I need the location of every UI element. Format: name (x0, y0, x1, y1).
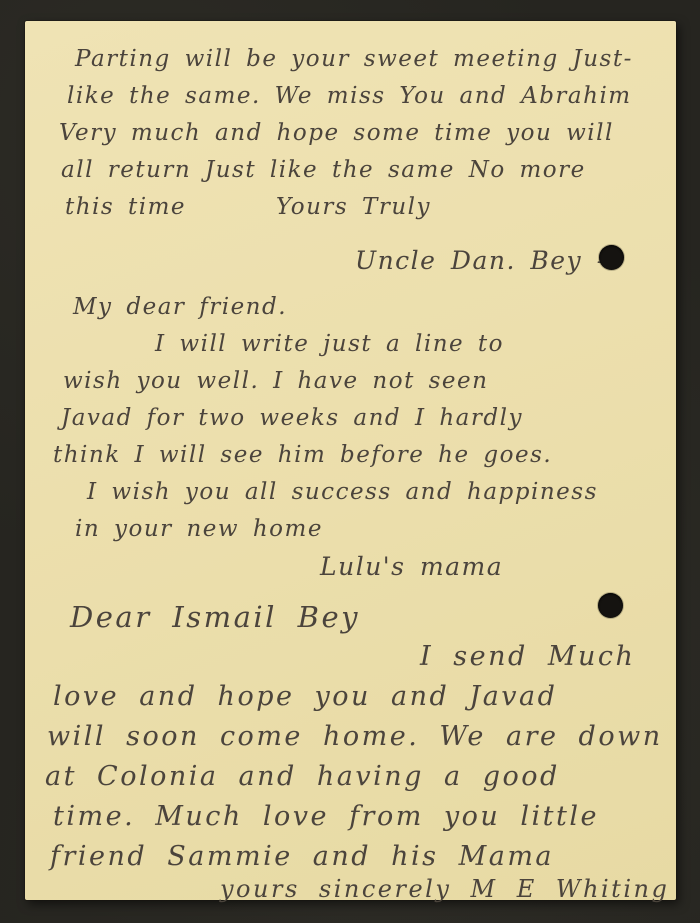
whiting-signature: yours sincerely M E Whiting (220, 869, 668, 909)
sammie-note: Dear Ismail Bey I send Much love and hop… (25, 597, 668, 909)
letter-line: all return Just like the same No more (61, 152, 668, 189)
letter-line: will soon come home. We are down (47, 717, 668, 757)
letter-line: like the same. We miss You and Abrahim (67, 78, 668, 115)
letter-line: time. Much love from you little (53, 797, 668, 837)
salutation: Dear Ismail Bey (70, 597, 668, 637)
closing-left-text: this time (65, 194, 186, 220)
letter-closing-line: this timeYours Truly (65, 189, 668, 226)
uncle-note: Parting will be your sweet meeting Just-… (25, 41, 668, 279)
hole-punch-top (599, 245, 624, 270)
letter-line: in your new home (75, 511, 668, 548)
letter-line: Parting will be your sweet meeting Just- (75, 41, 668, 78)
photo-background: Parting will be your sweet meeting Just-… (0, 0, 700, 923)
salutation: My dear friend. (73, 289, 668, 326)
letter-line: Javad for two weeks and I hardly (61, 400, 668, 437)
mama-note: My dear friend. I will write just a line… (25, 289, 668, 585)
letter-line: at Colonia and having a good (45, 757, 668, 797)
letter-page: Parting will be your sweet meeting Just-… (25, 21, 676, 900)
letter-line: think I will see him before he goes. (53, 437, 668, 474)
letter-line: wish you well. I have not seen (63, 363, 668, 400)
letter-line: I wish you all success and happiness (87, 474, 668, 511)
letter-line: Very much and hope some time you will (59, 115, 668, 152)
letter-line: I send Much (420, 637, 668, 677)
mama-signature: Lulu's mama (320, 548, 668, 585)
letter-line: love and hope you and Javad (53, 677, 668, 717)
letter-line: I will write just a line to (155, 326, 668, 363)
hole-punch-bottom (598, 593, 623, 618)
closing-right-text: Yours Truly (276, 194, 431, 220)
